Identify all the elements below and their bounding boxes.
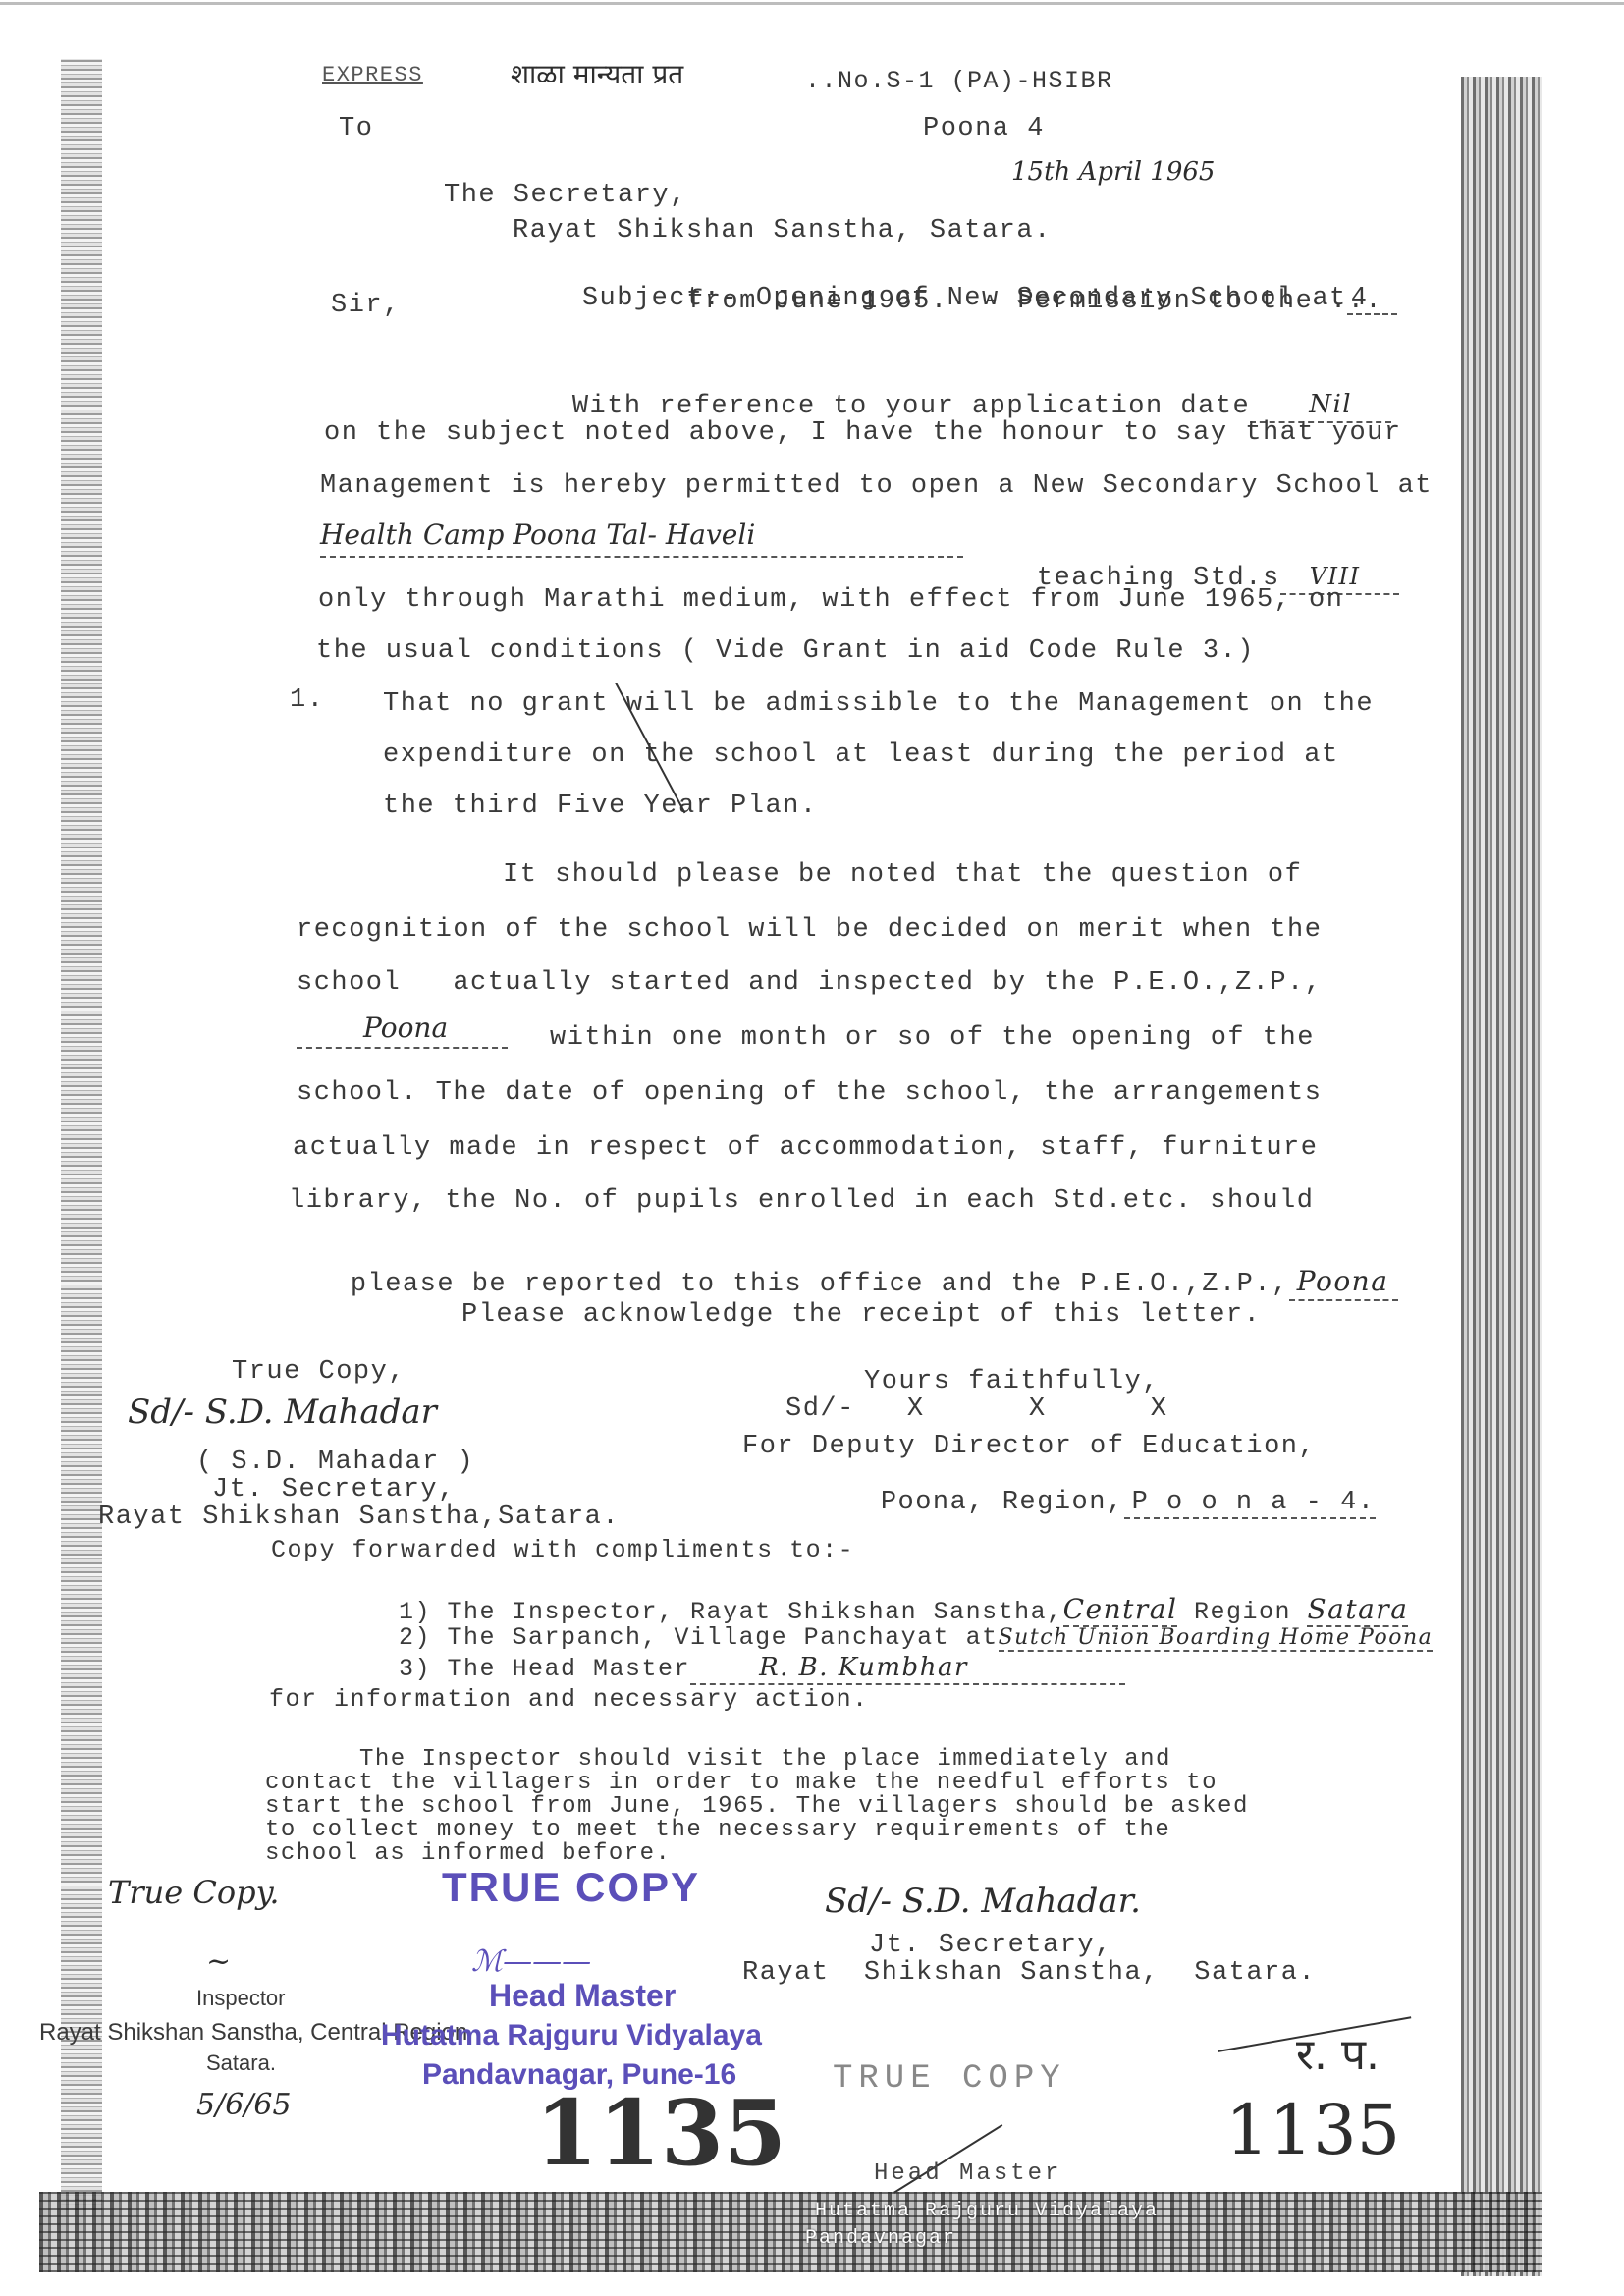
sd-line: Sd/- X X X: [785, 1396, 1167, 1423]
express-label: EXPRESS: [322, 65, 423, 86]
para2-line-4: within one month or so of the opening of…: [550, 1025, 1315, 1052]
body-line-3: Management is hereby permitted to open a…: [320, 473, 1433, 500]
peo-fill-1-underline: [297, 1047, 508, 1049]
inspector-place: Satara.: [206, 2052, 276, 2074]
para2-line-3: school actually started and inspected by…: [297, 970, 1322, 997]
true-copy-org: Rayat Shikshan Sanstha,Satara.: [98, 1504, 620, 1531]
condition-line-2: expenditure on the school at least durin…: [383, 742, 1339, 769]
right-initials: र. प.: [1296, 2023, 1380, 2082]
note-line-3: start the school from June, 1965. The vi…: [265, 1795, 1249, 1819]
condition-line-3: the third Five Year Plan.: [383, 793, 818, 820]
inspector-date: 5/6/65: [196, 2088, 292, 2122]
condition-number: 1.: [290, 687, 324, 714]
application-date-value: Nil: [1309, 390, 1352, 419]
note-line-5: school as informed before.: [265, 1842, 671, 1866]
handwritten-reference: शाळा मान्यता प्रत: [511, 55, 683, 92]
body-text: With reference to your application date: [572, 392, 1250, 421]
signoff-org: Rayat Shikshan Sanstha, Satara.: [742, 1960, 1316, 1987]
decorative-border-right: [1461, 77, 1542, 2276]
acknowledge-line: Please acknowledge the receipt of this l…: [461, 1302, 1261, 1329]
bottom-stamp-school: Hutatma Rajguru Vidyalaya: [815, 2200, 1159, 2222]
para2-line-1: It should please be noted that the quest…: [503, 862, 1302, 889]
para2-line-2: recognition of the school will be decide…: [297, 917, 1322, 944]
region-fill: P o o n a - 4.: [1124, 1488, 1376, 1519]
body-line-6: the usual conditions ( Vide Grant in aid…: [316, 638, 1255, 665]
copy-forwarded-heading: Copy forwarded with compliments to:-: [271, 1538, 854, 1562]
stamp-school-name: Hutatma Rajguru Vidyalaya: [381, 2019, 762, 2052]
closing: Yours faithfully,: [864, 1369, 1160, 1395]
head-master-signature-mark: ℳ———: [471, 1944, 591, 1979]
note-line-1: The Inspector should visit the place imm…: [359, 1748, 1171, 1772]
signoff-title: Jt. Secretary,: [869, 1933, 1112, 1959]
region-line: Poona, Region,P o o n a - 4.: [811, 1463, 1376, 1543]
inspector-label: Inspector: [196, 1988, 286, 2009]
salutation: Sir,: [331, 293, 401, 319]
para2-line-7: library, the No. of pupils enrolled in e…: [289, 1188, 1314, 1215]
true-copy-signature: Sd/- S.D. Mahadar: [128, 1393, 437, 1432]
true-copy-title: Jt. Secretary,: [212, 1477, 456, 1503]
copy-item-fill: R. B. Kumbhar: [759, 1653, 968, 1682]
true-copy-label: True Copy,: [232, 1359, 406, 1386]
body-line-5: only through Marathi medium, with effect…: [318, 587, 1343, 614]
true-copy-stamp: TRUE COPY: [442, 1864, 700, 1911]
bottom-stamp-address: Pandavnagar: [805, 2227, 956, 2250]
para2-line-6: actually made in respect of accommodatio…: [293, 1135, 1318, 1162]
signoff-signature: Sd/- S.D. Mahadar.: [825, 1882, 1141, 1921]
inspector-signature-mark: ~: [206, 1944, 231, 1979]
reference-number: ..No.S-1 (PA)-HSIBR: [805, 69, 1113, 93]
stamp-head-master: Head Master: [489, 1978, 676, 2014]
handwritten-date: 15th April 1965: [1011, 157, 1215, 187]
copy-forwarded-footer: for information and necessary action.: [269, 1687, 869, 1712]
recipient-org: Rayat Shikshan Sanstha, Satara.: [513, 218, 1052, 245]
para2-line-5: school. The date of opening of the schoo…: [297, 1080, 1322, 1107]
scan-edge-line: [0, 2, 1624, 5]
recipient-title: The Secretary,: [444, 183, 687, 209]
true-copy-name: ( S.D. Mahadar ): [196, 1449, 474, 1476]
handwritten-true-copy: True Copy.: [108, 1874, 280, 1911]
peo-fill-1: Poona: [363, 1011, 448, 1044]
school-location-underline: [320, 556, 963, 558]
office-place: Poona 4: [923, 116, 1045, 142]
for-line: For Deputy Director of Education,: [742, 1434, 1316, 1460]
note-line-2: contact the villagers in order to make t…: [265, 1772, 1218, 1795]
page-number-left: 1135: [535, 2080, 786, 2186]
region-label: Poona, Region,: [881, 1488, 1124, 1517]
body-text: please be reported to this office and th…: [351, 1270, 1289, 1299]
note-line-4: to collect money to meet the necessary r…: [265, 1819, 1170, 1842]
typed-true-copy: TRUE COPY: [833, 2060, 1066, 2098]
condition-line-1: That no grant will be admissible to the …: [383, 691, 1374, 718]
school-location-fill: Health Camp Poona Tal- Haveli: [320, 519, 755, 551]
to-label: To: [339, 116, 373, 142]
peo-fill-2: Poona: [1289, 1270, 1399, 1301]
copy-item-label: 3) The Head Master: [399, 1655, 690, 1683]
page-number-right: 1135: [1225, 2090, 1400, 2170]
peo-fill-2-value: Poona: [1297, 1265, 1389, 1297]
decorative-border-bottom: [39, 2192, 1542, 2272]
copy-item-fill-wrap: R. B. Kumbhar: [690, 1655, 1125, 1685]
decorative-border-left: [61, 59, 102, 2210]
body-line-2: on the subject noted above, I have the h…: [324, 420, 1402, 447]
bottom-stamp-title: Head Master: [874, 2160, 1061, 2187]
subject-line-2: from June 1965. - Permission to the ...: [687, 289, 1382, 315]
